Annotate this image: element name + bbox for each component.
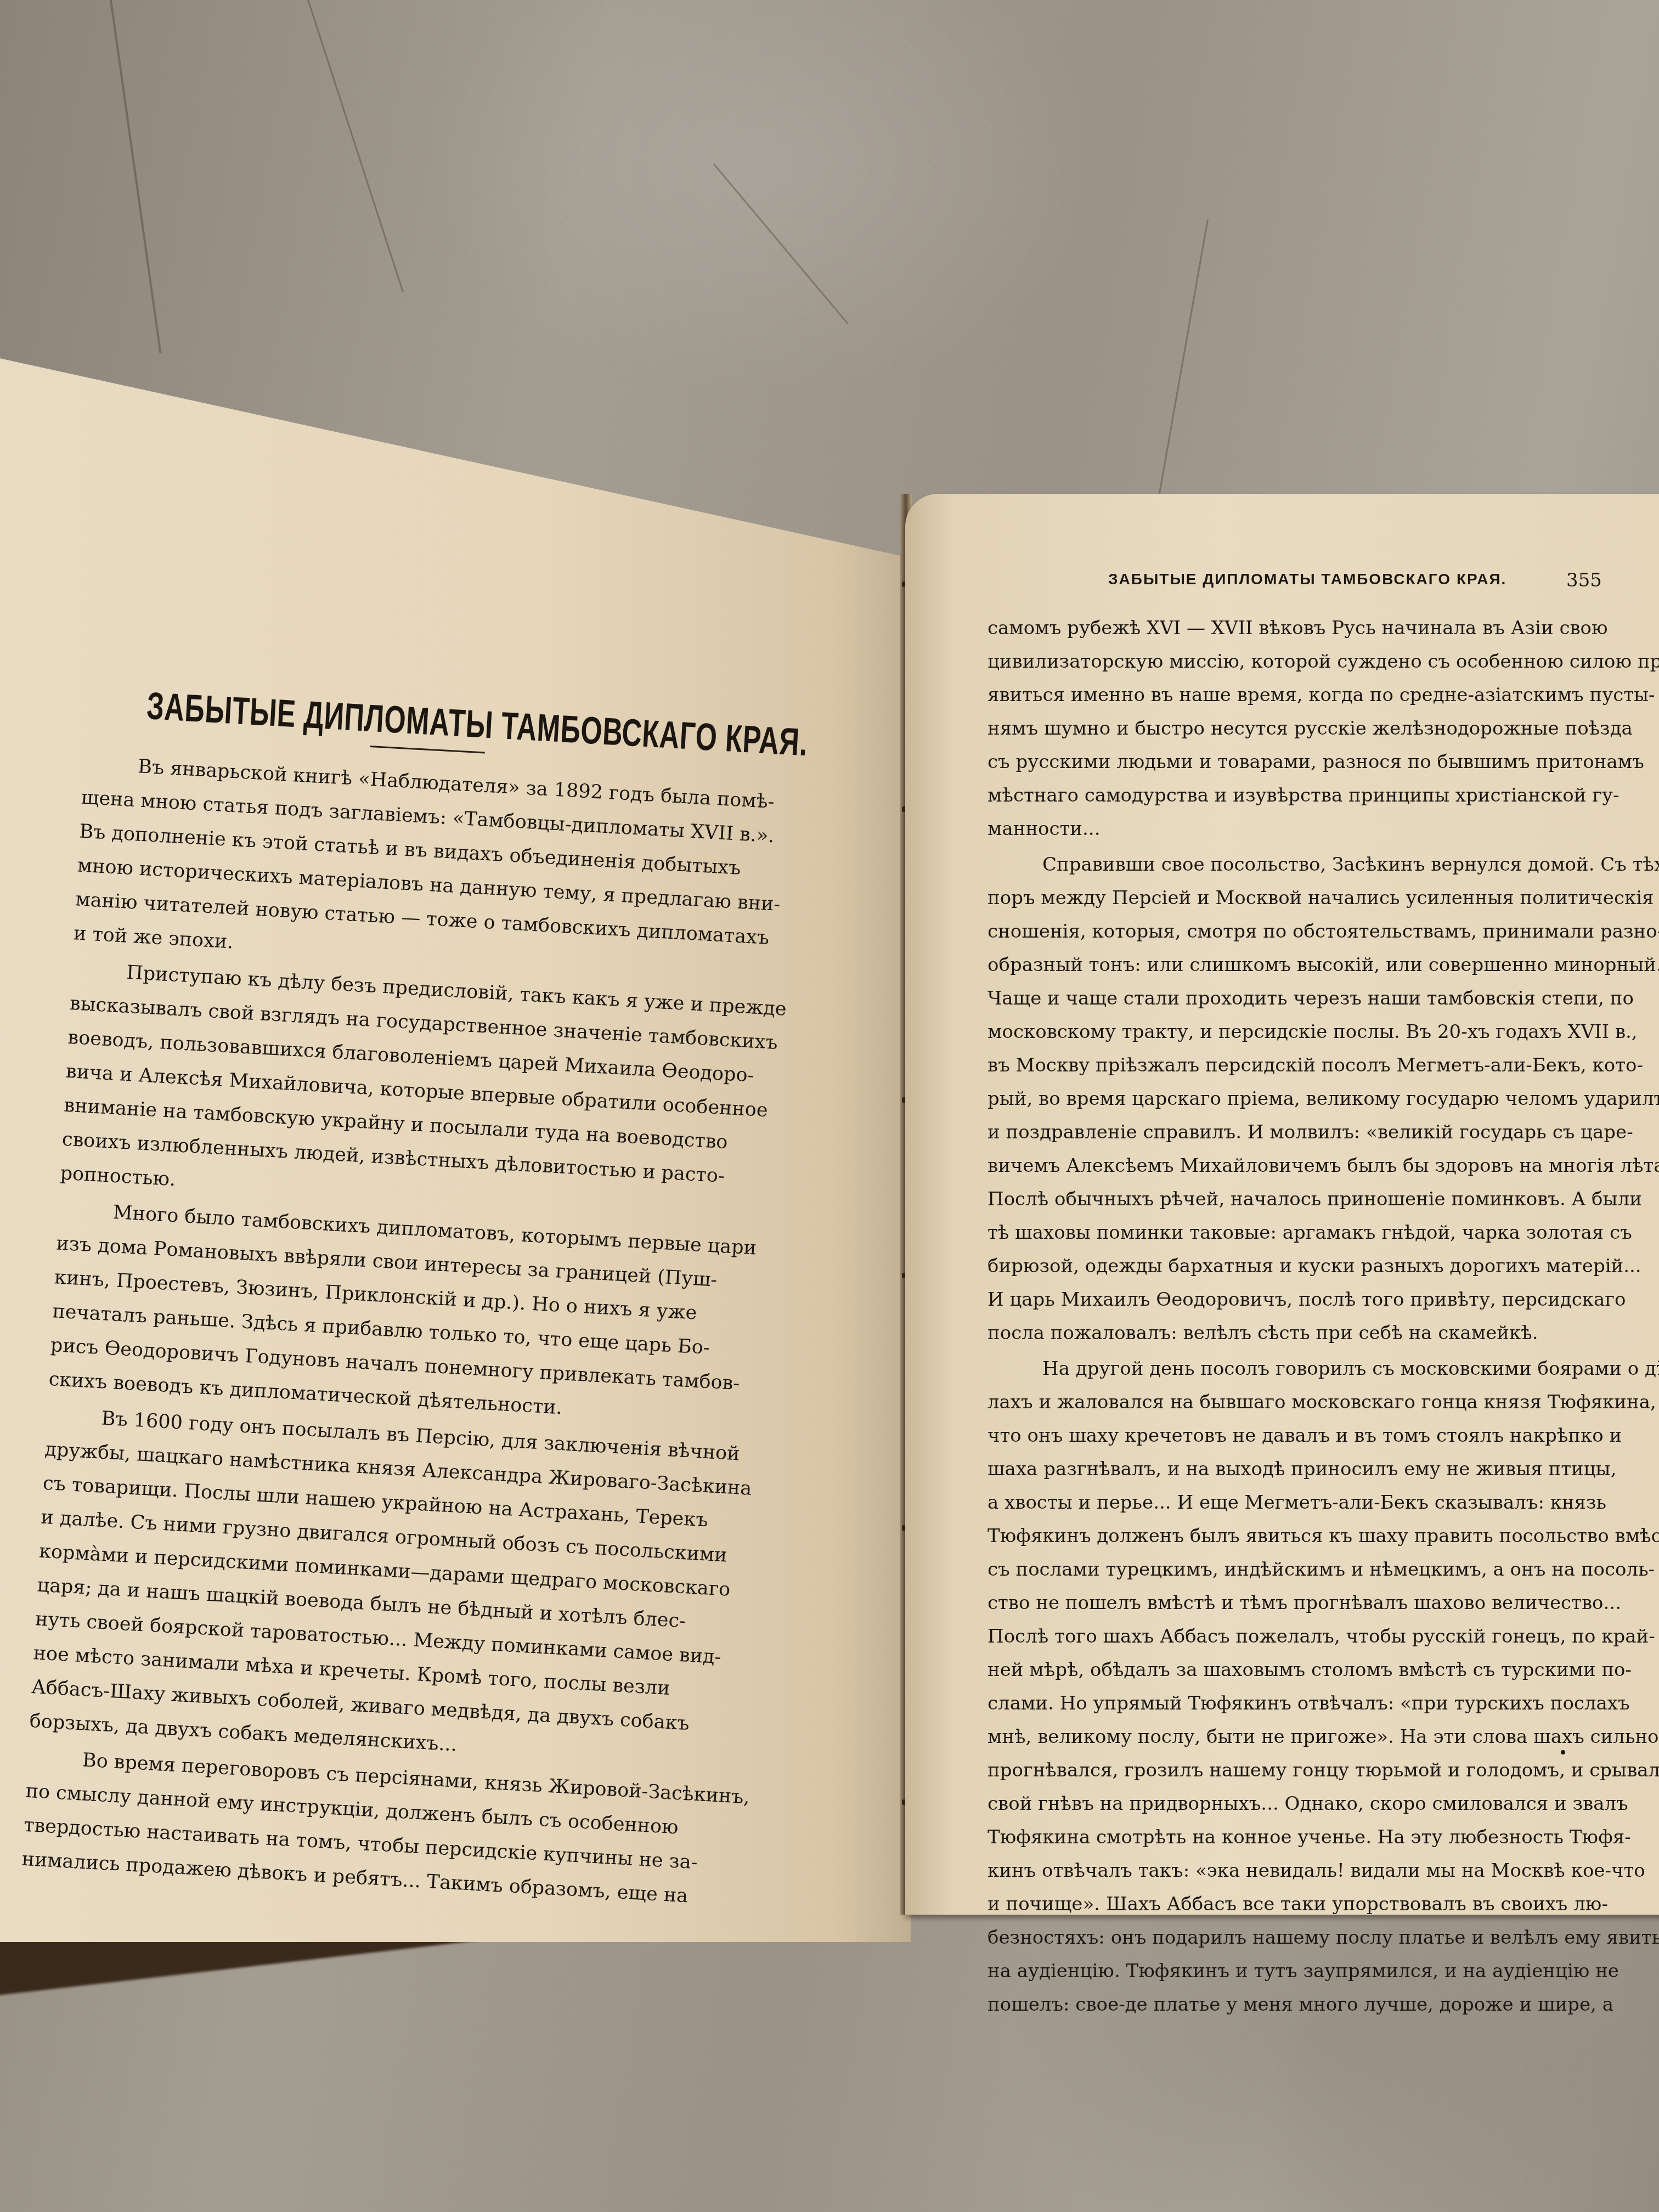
text-line: Чаще и чаще стали проходить черезъ наши … [988, 982, 1659, 1015]
text-line: кинъ отвѣчалъ такъ: «эка невидаль! видал… [988, 1854, 1659, 1888]
stone-crack [713, 163, 849, 324]
text-line: манности... [988, 812, 1659, 846]
text-line: вичемъ Алексѣемъ Михайловичемъ былъ бы з… [988, 1149, 1659, 1183]
text-line: ство не пошелъ вмѣстѣ и тѣмъ прогнѣвалъ … [988, 1587, 1659, 1620]
left-page: ЗАБЫТЫЕ ДИПЛОМАТЫ ТАМБОВСКАГО КРАЯ. Въ я… [0, 351, 911, 1942]
text-line: И царь Михаилъ Өеодоровичъ, послѣ того п… [988, 1283, 1659, 1317]
right-page: ЗАБЫТЫЕ ДИПЛОМАТЫ ТАМБОВСКАГО КРАЯ. 355 … [905, 494, 1659, 1915]
paragraph: Въ 1600 году онъ посылалъ въ Персію, для… [29, 1398, 754, 1778]
text-line: Послѣ обычныхъ рѣчей, началось приношені… [988, 1183, 1659, 1216]
stone-crack [307, 0, 404, 292]
paragraph: На другой день посолъ говорилъ съ москов… [988, 1352, 1659, 2022]
ink-speck [1561, 1750, 1565, 1754]
paragraph: Приступаю къ дѣлу безъ предисловій, такъ… [59, 952, 779, 1229]
text-line: слами. Но упрямый Тюфякинъ отвѣчалъ: «пр… [988, 1687, 1659, 1720]
text-line: ней мѣрѣ, обѣдалъ за шаховымъ столомъ вм… [988, 1654, 1659, 1687]
text-line: рый, во время царскаго пріема, великому … [988, 1082, 1659, 1116]
text-line: свой гнѣвъ на придворныхъ... Однако, ско… [988, 1787, 1659, 1821]
text-line: Тюфякинъ долженъ былъ явиться къ шаху пр… [988, 1520, 1659, 1553]
text-line: съ русскими людьми и товарами, разнося п… [988, 746, 1659, 779]
running-head: ЗАБЫТЫЕ ДИПЛОМАТЫ ТАМБОВСКАГО КРАЯ. [1108, 571, 1506, 588]
text-line: мѣстнаго самодурства и изувѣрства принци… [988, 779, 1659, 812]
paragraph: Въ январьской книгѣ «Наблюдателя» за 189… [72, 747, 791, 990]
text-line: На другой день посолъ говорилъ съ москов… [988, 1352, 1659, 1386]
right-page-body: самомъ рубежѣ XVI — XVII вѣковъ Русь нач… [988, 612, 1659, 2022]
paragraph: Много было тамбовскихъ дипломатовъ, кото… [48, 1193, 766, 1436]
left-page-body: Въ январьской книгѣ «Наблюдателя» за 189… [21, 747, 791, 1916]
text-line: на аудіенцію. Тюфякинъ и тутъ заупрямилс… [988, 1955, 1659, 1988]
text-line: цивилизаторскую миссію, которой суждено … [988, 645, 1659, 679]
paragraph: самомъ рубежѣ XVI — XVII вѣковъ Русь нач… [988, 612, 1659, 846]
text-line: съ послами турецкимъ, индѣйскимъ и нѣмец… [988, 1553, 1659, 1587]
text-line: въ Москву пріѣзжалъ персидскій посолъ Ме… [988, 1049, 1659, 1082]
stone-crack [110, 0, 161, 353]
text-line: Справивши свое посольство, Засѣкинъ верн… [988, 848, 1659, 882]
text-line: безностяхъ: онъ подарилъ нашему послу пл… [988, 1921, 1659, 1955]
text-line: что онъ шаху кречетовъ не давалъ и въ то… [988, 1419, 1659, 1453]
text-line: самомъ рубежѣ XVI — XVII вѣковъ Русь нач… [988, 612, 1659, 645]
text-line: нямъ шумно и быстро несутся русскіе желѣ… [988, 712, 1659, 746]
text-line: шаха разгнѣвалъ, и на выходѣ приносилъ е… [988, 1453, 1659, 1486]
paragraph: Справивши свое посольство, Засѣкинъ верн… [988, 848, 1659, 1350]
text-line: сношенія, которыя, смотря по обстоятельс… [988, 915, 1659, 949]
text-line: лахъ и жаловался на бывшаго московскаго … [988, 1386, 1659, 1419]
text-line: и поздравленіе справилъ. И молвилъ: «вел… [988, 1116, 1659, 1149]
text-line: мнѣ, великому послу, быти не пригоже». Н… [988, 1720, 1659, 1754]
page-number: 355 [1566, 569, 1602, 591]
text-line: посла пожаловалъ: велѣлъ сѣсть при себѣ … [988, 1317, 1659, 1350]
text-line: поръ между Персіей и Москвой начались ус… [988, 882, 1659, 915]
text-line: образный тонъ: или слишкомъ высокій, или… [988, 949, 1659, 982]
text-line: прогнѣвался, грозилъ нашему гонцу тюрьмо… [988, 1754, 1659, 1787]
text-line: московскому тракту, и персидскіе послы. … [988, 1015, 1659, 1049]
text-line: а хвосты и перье... И еще Мегметъ-али-Бе… [988, 1486, 1659, 1520]
text-line: Тюфякина смотрѣть на конное ученье. На э… [988, 1821, 1659, 1854]
text-line: и почище». Шахъ Аббасъ все таки упорство… [988, 1888, 1659, 1921]
text-line: тѣ шаховы поминки таковые: аргамакъ гнѣд… [988, 1216, 1659, 1250]
text-line: Послѣ того шахъ Аббасъ пожелалъ, чтобы р… [988, 1620, 1659, 1654]
text-line: бирюзой, одежды бархатныя и куски разных… [988, 1250, 1659, 1283]
text-line: пошелъ: свое-де платье у меня много лучш… [988, 1988, 1659, 2022]
title-divider [370, 746, 485, 754]
text-line: явиться именно въ наше время, когда по с… [988, 679, 1659, 712]
left-page-content: ЗАБЫТЫЕ ДИПЛОМАТЫ ТАМБОВСКАГО КРАЯ. Въ я… [21, 680, 794, 1916]
article-title: ЗАБЫТЫЕ ДИПЛОМАТЫ ТАМБОВСКАГО КРАЯ. [145, 684, 613, 753]
